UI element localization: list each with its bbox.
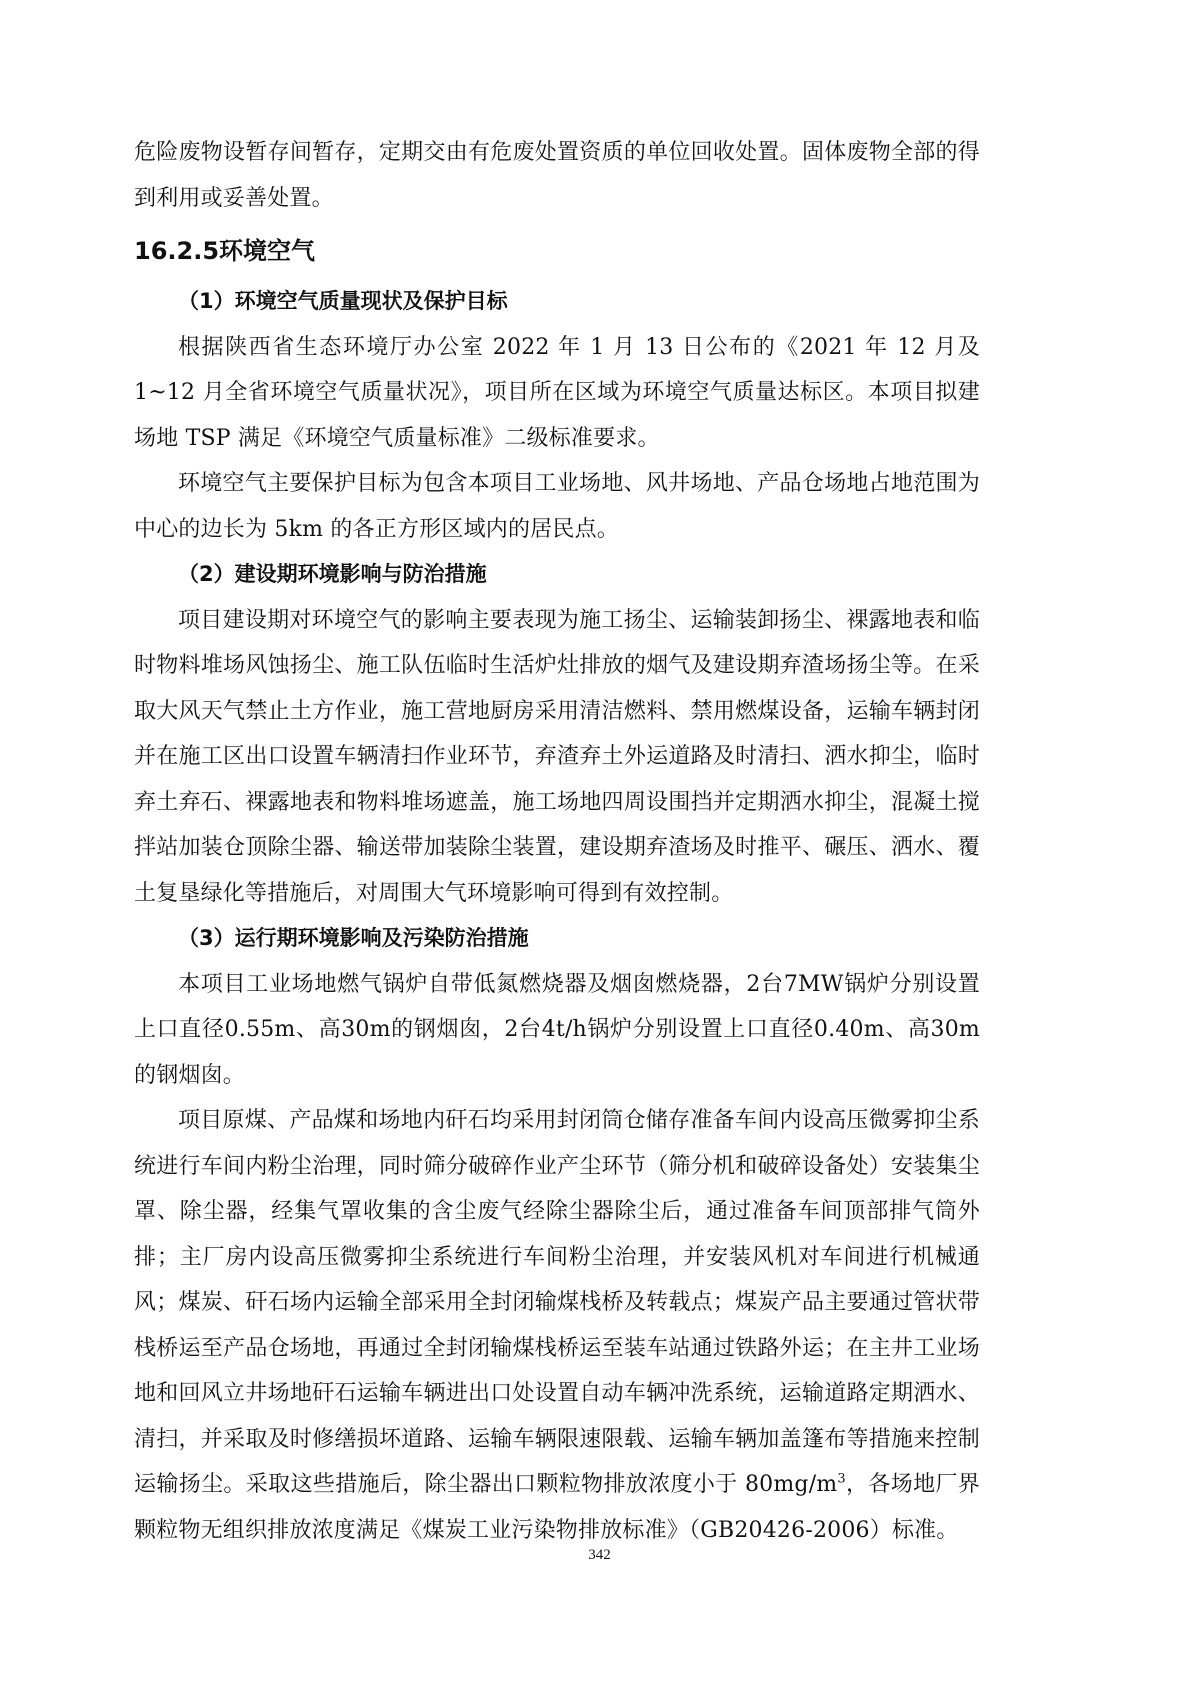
paragraph-construction-impact: 项目建设期对环境空气的影响主要表现为施工扬尘、运输装卸扬尘、裸露地表和临时物料堆…: [134, 598, 980, 917]
intro-paragraph: 危险废物设暂存间暂存，定期交由有危废处置资质的单位回收处置。固体废物全部的得到利…: [134, 130, 980, 221]
paragraph-boiler-chimneys: 本项目工业场地燃气锅炉自带低氮燃烧器及烟囱燃烧器，2台7MW锅炉分别设置上口直径…: [134, 962, 980, 1099]
paragraph-protection-targets: 环境空气主要保护目标为包含本项目工业场地、风井场地、产品仓场地占地范围为中心的边…: [134, 461, 980, 552]
subsection-heading-2: （2）建设期环境影响与防治措施: [134, 552, 980, 598]
superscript-3: 3: [837, 1472, 845, 1487]
subsection-heading-1: （1）环境空气质量现状及保护目标: [134, 279, 980, 325]
page-number: 342: [0, 1547, 1199, 1564]
document-page: 危险废物设暂存间暂存，定期交由有危废处置资质的单位回收处置。固体废物全部的得到利…: [134, 130, 980, 1553]
paragraph-air-quality-status: 根据陕西省生态环境厅办公室 2022 年 1 月 13 日公布的《2021 年 …: [134, 325, 980, 462]
section-heading: 16.2.5环境空气: [134, 221, 980, 279]
paragraph-dust-control: 项目原煤、产品煤和场地内矸石均采用封闭筒仓储存准备车间内设高压微雾抑尘系统进行车…: [134, 1098, 980, 1553]
dust-control-text: 项目原煤、产品煤和场地内矸石均采用封闭筒仓储存准备车间内设高压微雾抑尘系统进行车…: [134, 1108, 980, 1497]
subsection-heading-3: （3）运行期环境影响及污染防治措施: [134, 916, 980, 962]
